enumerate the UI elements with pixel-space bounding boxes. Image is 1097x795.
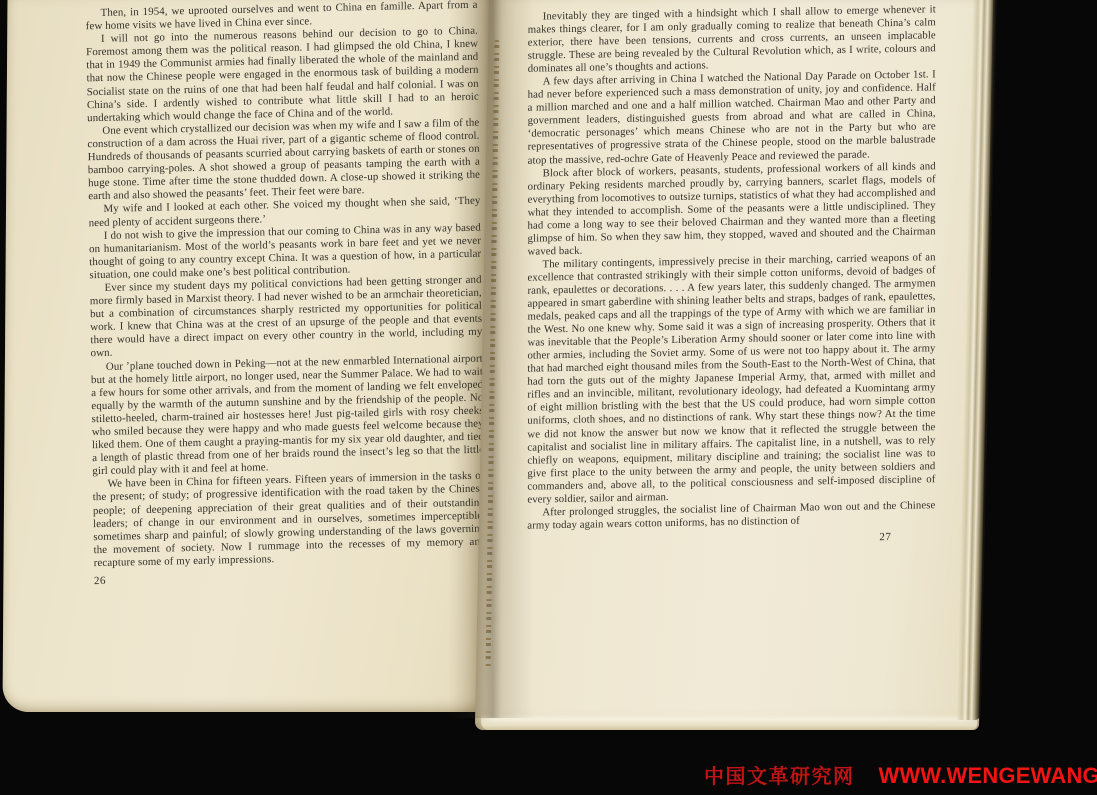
watermark: 中国文革研究网 WWW.WENGEWANG.ORG [704,760,1092,789]
left-paragraph-2: I will not go into the numerous reasons … [86,25,479,125]
left-page-number: 26 [94,567,486,589]
right-page-number: 27 [527,530,935,551]
left-paragraph-7: Our ’plane touched down in Peking—not at… [91,352,485,478]
right-paragraph-2: A few days after arriving in China I wat… [528,68,936,167]
watermark-chinese-site-name: 中国文革研究网 [704,760,855,789]
book-scan-scene: Then, in 1954, we uprooted ourselves and… [0,0,1097,795]
left-paragraph-5: I do not wish to give the impression tha… [89,221,482,282]
right-paragraph-1: Inevitably they are tinged with a hindsi… [528,3,936,76]
right-page-text: Inevitably they are tinged with a hindsi… [527,3,936,550]
left-page-text: Then, in 1954, we uprooted ourselves and… [85,0,486,588]
left-paragraph-8: We have been in China for fifteen years.… [92,470,485,570]
left-paragraph-3: One event which crystallized our decisio… [87,117,480,204]
right-paragraph-3: Block after block of workers, peasants, … [528,160,936,259]
book-page-left: Then, in 1954, we uprooted ourselves and… [3,0,490,712]
right-paragraph-4: The military contingents, impressively p… [527,251,935,506]
book-page-right: Inevitably they are tinged with a hindsi… [475,0,993,730]
left-paragraph-6: Ever since my student days my political … [90,274,483,361]
watermark-site-url: WWW.WENGEWANG.ORG [879,763,1097,789]
